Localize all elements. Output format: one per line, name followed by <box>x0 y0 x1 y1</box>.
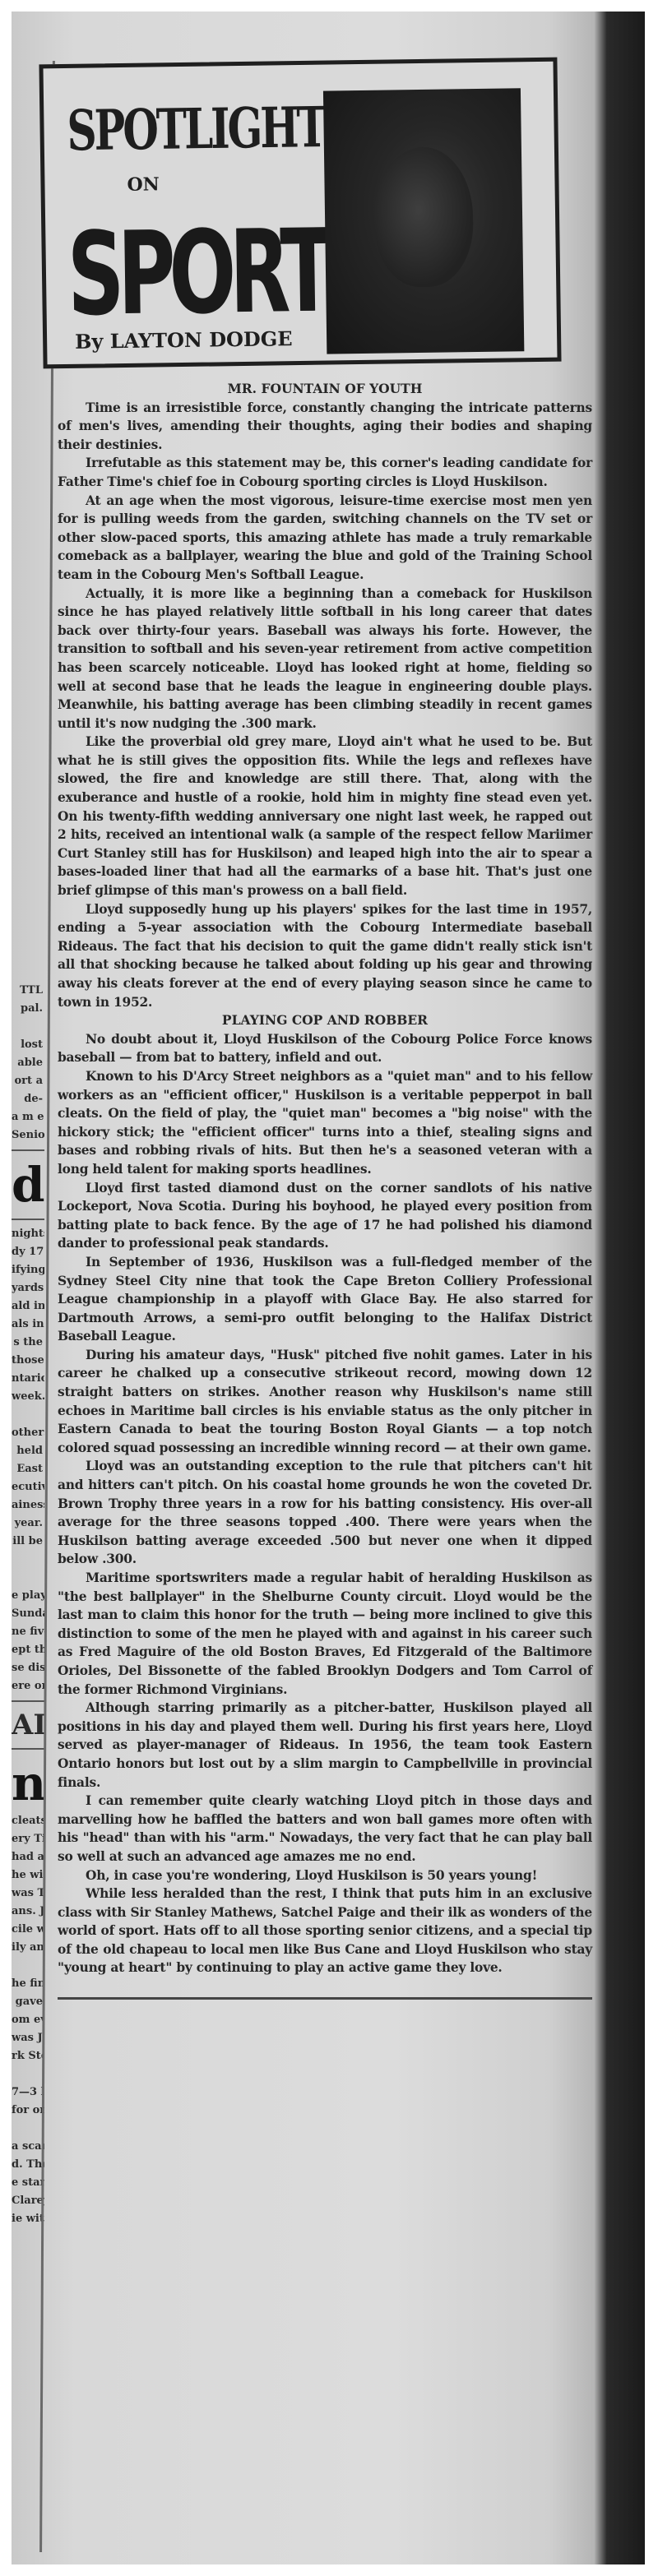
adjacent-text-fragment: cleats. <box>12 1812 44 1830</box>
article-paragraph: Time is an irresistible force, constantl… <box>58 399 592 455</box>
adjacent-column: TTLpal. lostableort ade-a m eSenio d nig… <box>12 12 44 2564</box>
adjacent-text-fragment: those <box>12 1352 44 1370</box>
adjacent-text-fragment: ainess <box>12 1496 44 1515</box>
article-paragraph: Irrefutable as this statement may be, th… <box>58 454 592 491</box>
column-title-spotlight: SPOTLIGHT <box>67 95 325 164</box>
adjacent-text-fragment: ept the <box>12 1641 44 1659</box>
adjacent-text-fragment: year. <box>12 1515 44 1533</box>
adjacent-text-fragment: ntario <box>12 1370 44 1388</box>
adjacent-fragments-middle: nightsdy 17.ifyingyardsald inals ins the… <box>12 1225 44 1695</box>
adjacent-text-fragment: pal. <box>12 1000 44 1018</box>
sports-column-article: SPOTLIGHT ON SPORTS By LAYTON DODGE MR. … <box>58 61 592 2000</box>
adjacent-text-fragment: TTL <box>12 982 44 1000</box>
adjacent-text-fragment: ort a <box>12 1072 44 1090</box>
article-paragraph: Known to his D'Arcy Street neighbors as … <box>58 1067 592 1179</box>
article-paragraph: Lloyd first tasted diamond dust on the c… <box>58 1179 592 1253</box>
adjacent-text-fragment: able <box>12 1054 44 1072</box>
article-paragraph: Although starring primarily as a pitcher… <box>58 1699 592 1792</box>
adjacent-fragments-lower: cleats.ery Tig-had ashe win.was Tomans. … <box>12 1812 44 2228</box>
adjacent-fragments-upper: TTLpal. lostableort ade-a m eSenio <box>12 982 44 1145</box>
article-paragraph: In September of 1936, Huskilson was a fu… <box>58 1253 592 1346</box>
adjacent-text-fragment: ne five <box>12 1623 44 1641</box>
column-header: SPOTLIGHT ON SPORTS By LAYTON DODGE <box>39 58 561 369</box>
adjacent-text-fragment: held <box>12 1442 44 1460</box>
adjacent-text-fragment: for ond- <box>12 2102 44 2120</box>
adjacent-text-fragment <box>12 1957 44 1975</box>
adjacent-text-fragment: se dist- <box>12 1659 44 1677</box>
adjacent-text-fragment: ifying <box>12 1261 44 1279</box>
adjacent-text-fragment: e stars of <box>12 2174 44 2192</box>
article-body: MR. FOUNTAIN OF YOUTHTime is an irresist… <box>58 380 592 1977</box>
adjacent-text-fragment: East <box>12 1460 44 1478</box>
article-paragraph: Lloyd supposedly hung up his players' sp… <box>58 900 592 1012</box>
adjacent-text-fragment <box>12 1569 44 1587</box>
adjacent-text-fragment: Clarey <box>12 2192 44 2210</box>
adjacent-text-fragment <box>12 1406 44 1424</box>
adjacent-text-fragment: ill be <box>12 1533 44 1551</box>
article-paragraph: No doubt about it, Lloyd Huskilson of th… <box>58 1030 592 1067</box>
adjacent-text-fragment: e play- <box>12 1587 44 1605</box>
newspaper-page: TTLpal. lostableort ade-a m eSenio d nig… <box>12 12 645 2564</box>
adjacent-text-fragment: Senio <box>12 1126 44 1145</box>
divider <box>12 1748 44 1750</box>
adjacent-text-fragment: had as <box>12 1848 44 1866</box>
article-paragraph: While less heralded than the rest, I thi… <box>58 1885 592 1977</box>
adjacent-text-fragment: lost <box>12 1036 44 1054</box>
adjacent-text-fragment: om ever <box>12 2011 44 2029</box>
adjacent-headline-b: ns <box>12 1755 44 1812</box>
adjacent-text-fragment: ily and <box>12 1939 44 1957</box>
article-paragraph: Lloyd was an outstanding exception to th… <box>58 1457 592 1569</box>
adjacent-text-fragment: s the <box>12 1334 44 1352</box>
adjacent-text-fragment: ecutive <box>12 1478 44 1496</box>
adjacent-text-fragment <box>12 1551 44 1569</box>
adjacent-text-fragment: nights <box>12 1225 44 1243</box>
adjacent-text-fragment: ie with a <box>12 2210 44 2228</box>
adjacent-text-fragment: ans. John <box>12 1903 44 1921</box>
adjacent-text-fragment: als in <box>12 1316 44 1334</box>
adjacent-text-fragment: week. <box>12 1388 44 1406</box>
portrait-face <box>373 146 474 288</box>
adjacent-text-fragment <box>12 2120 44 2138</box>
adjacent-text-fragment: Sunday <box>12 1605 44 1623</box>
adjacent-text-fragment: d. The <box>12 2156 44 2174</box>
article-paragraph: Like the proverbial old grey mare, Lloyd… <box>58 733 592 900</box>
article-paragraph: Actually, it is more like a beginning th… <box>58 585 592 733</box>
adjacent-text-fragment: was Tom <box>12 1885 44 1903</box>
adjacent-text-fragment: yards <box>12 1279 44 1297</box>
adjacent-text-fragment: he final <box>12 1975 44 1993</box>
adjacent-text-fragment: cile with <box>12 1921 44 1939</box>
divider <box>12 1219 44 1220</box>
adjacent-text-fragment: rk Stom - <box>12 2047 44 2065</box>
adjacent-text-fragment <box>12 1018 44 1036</box>
byline: By LAYTON DODGE <box>75 326 293 354</box>
adjacent-text-fragment: a m e <box>12 1108 44 1126</box>
adjacent-text-fragment: de- <box>12 1090 44 1108</box>
article-paragraph: I can remember quite clearly watching Ll… <box>58 1792 592 1866</box>
adjacent-text-fragment: ald in <box>12 1297 44 1316</box>
adjacent-text-fragment: dy 17. <box>12 1243 44 1261</box>
adjacent-text-fragment: ery Tig- <box>12 1830 44 1848</box>
section-subhead: PLAYING COP AND ROBBER <box>58 1011 592 1030</box>
adjacent-text-fragment <box>12 2065 44 2083</box>
adjacent-headline-a: AIN <box>12 1707 44 1743</box>
column-title-on: ON <box>127 173 160 196</box>
adjacent-text-fragment: he win. <box>12 1866 44 1885</box>
adjacent-text-fragment: others <box>12 1424 44 1442</box>
columnist-photo <box>323 88 524 354</box>
adjacent-text-fragment: 7—3 by <box>12 2083 44 2102</box>
article-paragraph: Oh, in case you're wondering, Lloyd Husk… <box>58 1866 592 1885</box>
adjacent-headline-fragment: d <box>12 1156 44 1214</box>
article-paragraph: Maritime sportswriters made a regular ha… <box>58 1569 592 1699</box>
adjacent-text-fragment: gave <box>12 1993 44 2011</box>
divider <box>12 1700 44 1702</box>
section-subhead: MR. FOUNTAIN OF YOUTH <box>58 380 592 399</box>
adjacent-text-fragment: was John <box>12 2029 44 2047</box>
divider <box>12 1149 44 1151</box>
article-paragraph: During his amateur days, "Husk" pitched … <box>58 1346 592 1458</box>
end-rule <box>58 1997 592 2000</box>
adjacent-text-fragment: ere on <box>12 1677 44 1695</box>
article-paragraph: At an age when the most vigorous, leisur… <box>58 492 592 585</box>
adjacent-text-fragment: a scare <box>12 2138 44 2156</box>
